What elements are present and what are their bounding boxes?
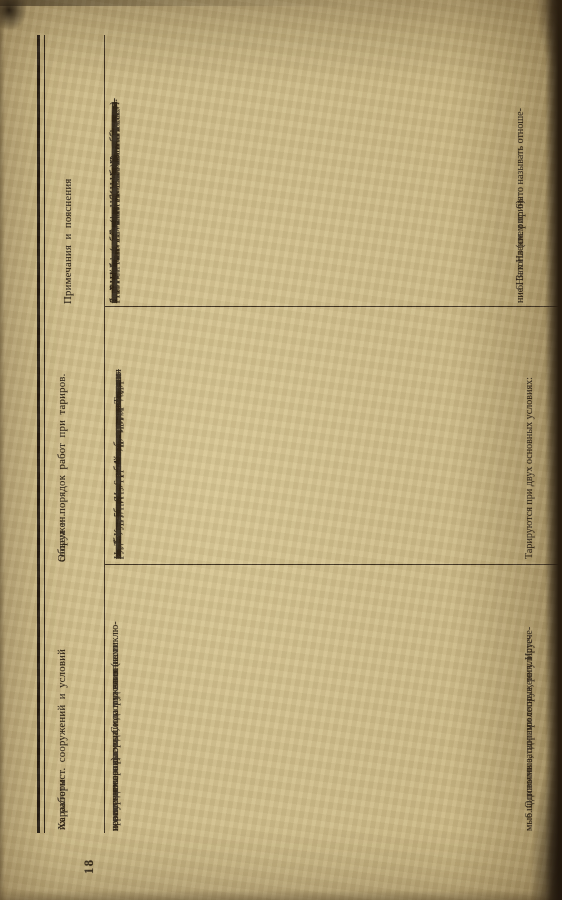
text-line: максимальных.	[112, 493, 126, 559]
header-underline	[104, 35, 105, 833]
text-line: мые щитовыми затворами сооружения. Истеч…	[523, 627, 536, 831]
page-number: 18	[82, 859, 97, 875]
table-top-rule-thin	[44, 35, 45, 833]
text-line: пора, если ниже — то оно свободно от нег…	[109, 113, 121, 303]
column-separator-2	[105, 306, 562, 307]
scanned-document-page: 18 Характерист. сооружений и условийих р…	[0, 0, 562, 900]
rotated-page-content: 18 Характерист. сооружений и условийих р…	[0, 0, 562, 900]
text-line: чением дюкеров).	[110, 755, 122, 831]
text-line: Примечания и пояснения	[60, 179, 77, 304]
text-line: их работы	[54, 779, 71, 830]
text-line: ние Нн к Нв (см. рис. 6).	[515, 198, 528, 303]
table-top-rule-thick	[37, 35, 40, 833]
column-separator-1	[105, 564, 562, 565]
text-line: сооружен.	[54, 514, 71, 563]
text-line: Тарируются при двух основных условиях:	[524, 377, 537, 559]
